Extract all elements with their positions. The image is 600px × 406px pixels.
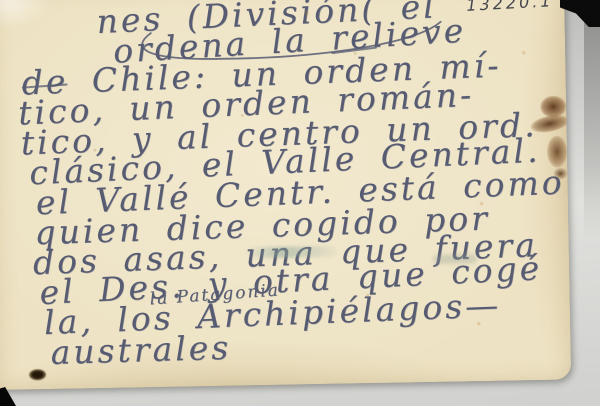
- foxing-spot: [304, 229, 308, 233]
- scanned-document: 13220.1 nes (División( el ordena la reli…: [0, 0, 600, 406]
- foxing-spot: [476, 321, 481, 326]
- manuscript-paper: 13220.1 nes (División( el ordena la reli…: [0, 0, 571, 390]
- foxing-spot: [240, 113, 244, 117]
- scan-corner-artifact: [0, 387, 16, 406]
- foxing-spot: [303, 10, 309, 16]
- paper-stain: [553, 167, 567, 179]
- foxing-spot: [521, 50, 526, 55]
- erasure-smudge: [433, 254, 477, 264]
- paper-stain: [547, 135, 568, 167]
- ink-blot: [29, 369, 46, 380]
- manuscript-line: australes: [50, 328, 232, 372]
- foxing-spot: [353, 51, 357, 55]
- scan-corner-artifact: [560, 0, 600, 30]
- foxing-spot: [93, 148, 97, 152]
- foxing-spot: [366, 293, 370, 297]
- erasure-smudge: [245, 246, 337, 259]
- catalog-number: 13220.1: [466, 0, 554, 15]
- foxing-spot: [479, 201, 484, 206]
- foxing-spot: [136, 297, 140, 301]
- scanner-background-shade: [584, 0, 600, 240]
